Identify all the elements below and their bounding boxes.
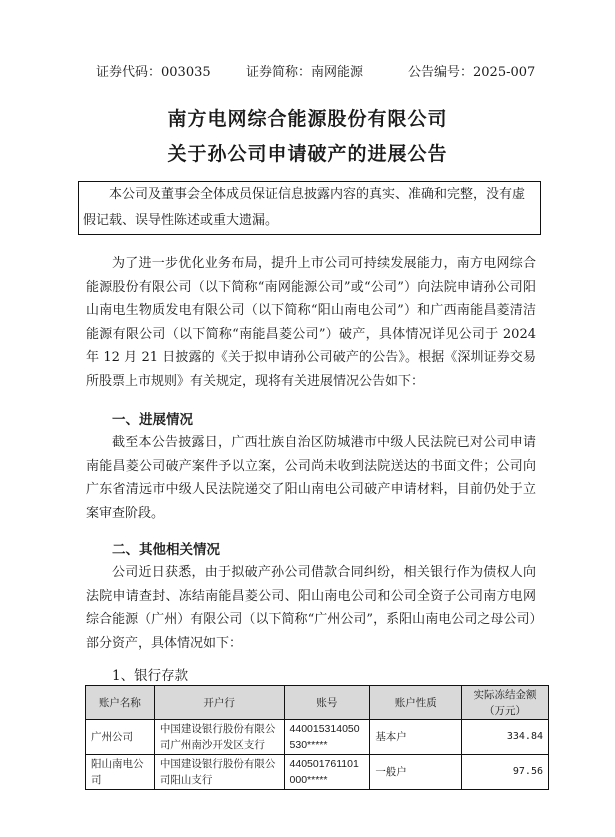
announcement-number: 公告编号：2025-007 [408,64,535,82]
cell-account-name: 阳山南电公司 [86,755,155,790]
subsection-heading-bank-deposits: 1、银行存款 [112,664,188,684]
company-title: 南方电网综合能源股份有限公司 [0,104,615,131]
frozen-deposits-table: 账户名称 开户行 账号 账户性质 实际冻结金额（万元） 广州公司 中国建设银行股… [85,685,549,790]
disclaimer-text: 本公司及董事会全体成员保证信息披露内容的真实、准确和完整，没有虚假记载、误导性陈… [83,182,536,234]
disclaimer-box: 本公司及董事会全体成员保证信息披露内容的真实、准确和完整，没有虚假记载、误导性陈… [78,181,541,235]
section-heading-progress: 一、进展情况 [112,408,193,428]
table-row: 阳山南电公司 中国建设银行股份有限公司阳山支行 440501761101000*… [86,755,549,790]
section-body-other: 公司近日获悉，由于拟破产孙公司借款合同纠纷，相关银行作为债权人向法院申请查封、冻… [86,561,536,655]
intro-paragraph: 为了进一步优化业务布局，提升上市公司可持续发展能力，南方电网综合能源股份有限公司… [86,252,536,393]
col-header-frozen-amount: 实际冻结金额（万元） [462,686,549,720]
col-header-bank: 开户行 [154,686,284,720]
table-header-row: 账户名称 开户行 账号 账户性质 实际冻结金额（万元） [86,686,549,720]
cell-bank: 中国建设银行股份有限公司阳山支行 [154,755,284,790]
stock-code: 证券代码：003035 [96,64,211,82]
stock-abbreviation: 证券简称：南网能源 [246,64,363,82]
cell-account-type: 一般户 [370,755,462,790]
section-body-progress: 截至本公告披露日，广西壮族自治区防城港市中级人民法院已对公司申请南能昌菱公司破产… [86,431,536,525]
cell-account-type: 基本户 [370,720,462,755]
cell-account-no: 440015314050530***** [284,720,370,755]
cell-account-name: 广州公司 [86,720,155,755]
table-row: 广州公司 中国建设银行股份有限公司广州南沙开发区支行 4400153140505… [86,720,549,755]
cell-frozen-amount: 334.84 [462,720,549,755]
announcement-header: 证券代码：003035 证券简称：南网能源 公告编号：2025-007 [96,64,526,82]
announcement-title: 关于孙公司申请破产的进展公告 [0,139,615,166]
col-header-account-no: 账号 [284,686,370,720]
section-heading-other: 二、其他相关情况 [112,538,220,558]
cell-bank: 中国建设银行股份有限公司广州南沙开发区支行 [154,720,284,755]
col-header-account-type: 账户性质 [370,686,462,720]
cell-frozen-amount: 97.56 [462,755,549,790]
col-header-account-name: 账户名称 [86,686,155,720]
cell-account-no: 440501761101000***** [284,755,370,790]
